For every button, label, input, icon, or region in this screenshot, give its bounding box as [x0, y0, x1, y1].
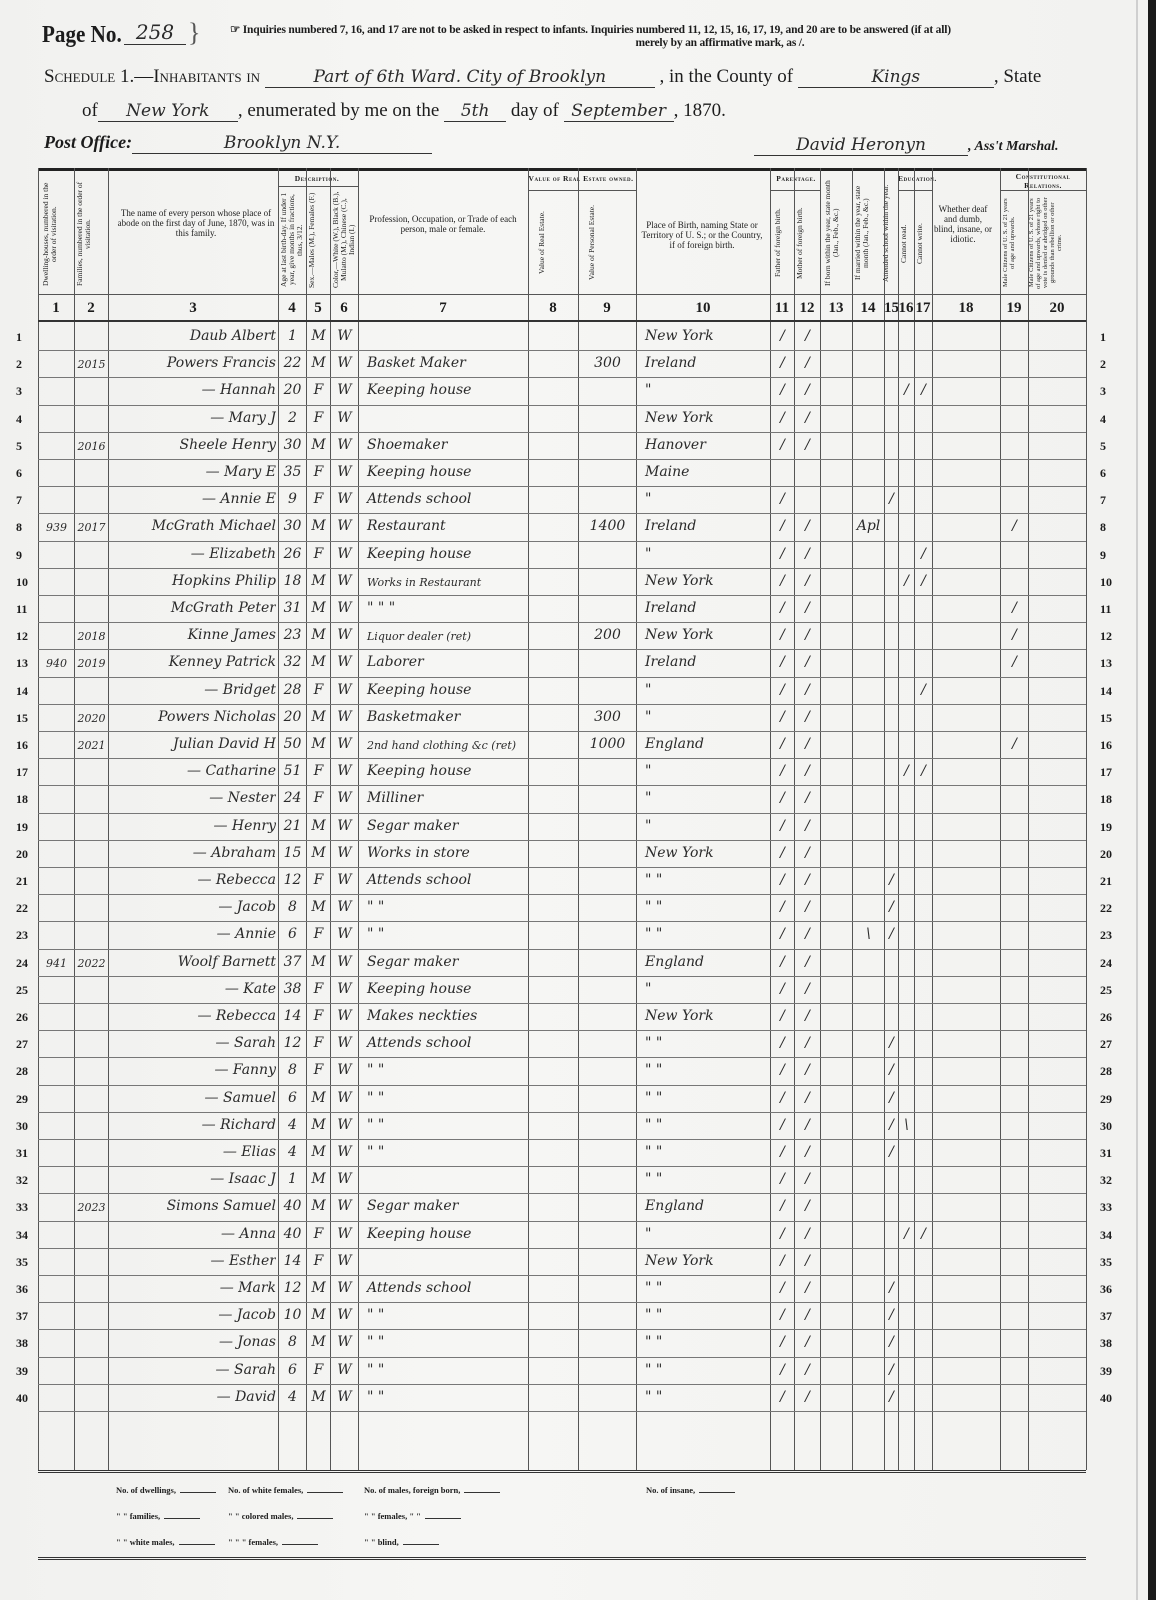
cell-name: Woolf Barnett [111, 954, 276, 970]
cell-father-foreign: / [773, 382, 792, 398]
cell-married-month: Apl [855, 518, 882, 534]
cell-school: / [887, 491, 896, 507]
line-number: 31 [1100, 1146, 1112, 1161]
table-row: — Rebecca12FWAttends school" "/// [38, 868, 1086, 895]
cell-occupation: Segar maker [361, 954, 526, 970]
cell-occupation: " " [361, 1090, 526, 1106]
cell-age: 1 [281, 1171, 304, 1187]
col-2-header: Families, numbered in the order of visit… [76, 178, 104, 290]
line-number: 5 [16, 439, 22, 454]
group-rule [770, 190, 820, 191]
of-label: of [82, 100, 98, 121]
cell-name: — Anna [111, 1226, 276, 1242]
cell-school: / [887, 872, 896, 888]
line-number: 15 [16, 711, 28, 726]
cell-occupation: " " [361, 1062, 526, 1078]
cell-school: / [887, 1035, 896, 1051]
cell-age: 4 [281, 1144, 304, 1160]
table-row: 9392017McGrath Michael30MWRestaurant1400… [38, 514, 1086, 541]
cell-school: / [887, 899, 896, 915]
cell-mother-foreign: / [797, 1008, 818, 1024]
cell-color: W [333, 654, 356, 670]
column-number: 11 [770, 296, 794, 320]
cell-mother-foreign: / [797, 1389, 818, 1405]
page-binding-edge [1148, 0, 1156, 1600]
cell-name: — Henry [111, 818, 276, 834]
line-number: 25 [1100, 983, 1112, 998]
line-number: 20 [16, 847, 28, 862]
line-number: 39 [1100, 1364, 1112, 1379]
line-number: 36 [1100, 1282, 1112, 1297]
cell-color: W [333, 736, 356, 752]
cell-birthplace: England [639, 736, 768, 752]
summary-footer: No. of dwellings, No. of white females, … [38, 1470, 1086, 1560]
footer-blind: " " blind, [364, 1537, 439, 1547]
cell-age: 26 [281, 546, 304, 562]
cell-color: W [333, 1307, 356, 1323]
table-row: Daub Albert1MWNew York// [38, 324, 1086, 351]
cell-mother-foreign: / [797, 763, 818, 779]
cell-sex: M [309, 1389, 328, 1405]
table-row: — Henry21MWSegar maker"// [38, 814, 1086, 841]
cell-family: 2019 [77, 657, 106, 670]
table-row: — Nester24FWMilliner"// [38, 786, 1086, 813]
marshal-signature: David Heronyn [754, 135, 968, 156]
cell-cannot-write: / [917, 573, 930, 589]
col-9-header: Value of Personal Estate. [588, 198, 608, 288]
cell-father-foreign: / [773, 654, 792, 670]
cell-name: — Elias [111, 1144, 276, 1160]
cell-father-foreign: / [773, 845, 792, 861]
cell-family: 2021 [77, 739, 106, 752]
cell-birthplace: " [639, 763, 768, 779]
cell-school: / [887, 1334, 896, 1350]
col-17-header: Cannot write. [916, 198, 928, 290]
line-number: 18 [1100, 792, 1112, 807]
cell-color: W [333, 790, 356, 806]
cell-age: 14 [281, 1253, 304, 1269]
description-group-header: Description. [278, 174, 356, 183]
cell-mother-foreign: / [797, 954, 818, 970]
line-number: 4 [1100, 412, 1106, 427]
line-number: 33 [1100, 1200, 1112, 1215]
cell-citizen: / [1003, 736, 1026, 752]
cell-name: Powers Francis [111, 355, 276, 371]
cell-sex: M [309, 1307, 328, 1323]
cell-color: W [333, 954, 356, 970]
col-6-header: Color,—White (W.), Black (B.), Mulatto (… [332, 190, 356, 290]
cell-citizen: / [1003, 600, 1026, 616]
state-field: New York [98, 101, 238, 122]
line-number: 21 [16, 874, 28, 889]
cell-age: 23 [281, 627, 304, 643]
cell-age: 12 [281, 1280, 304, 1296]
cell-name: — Samuel [111, 1090, 276, 1106]
column-number: 20 [1028, 296, 1086, 320]
cell-occupation: " " [361, 1117, 526, 1133]
line-number: 37 [16, 1309, 28, 1324]
footer-colored-females: " " " females, [228, 1537, 318, 1547]
cell-name: — David [111, 1389, 276, 1405]
cell-sex: M [309, 518, 328, 534]
line-number: 16 [16, 738, 28, 753]
line-number: 34 [1100, 1228, 1112, 1243]
cell-mother-foreign: / [797, 1362, 818, 1378]
cell-sex: M [309, 328, 328, 344]
cell-cannot-read: \ [901, 1117, 912, 1133]
cell-sex: M [309, 1280, 328, 1296]
cell-mother-foreign: / [797, 926, 818, 942]
footer-families: " " families, [116, 1511, 200, 1521]
cell-name: Simons Samuel [111, 1198, 276, 1214]
cell-name: — Hannah [111, 382, 276, 398]
cell-name: Kinne James [111, 627, 276, 643]
cell-birthplace: " " [639, 926, 768, 942]
cell-father-foreign: / [773, 1362, 792, 1378]
line-number: 2 [16, 357, 22, 372]
cell-father-foreign: / [773, 573, 792, 589]
cell-father-foreign: / [773, 600, 792, 616]
cell-father-foreign: / [773, 1334, 792, 1350]
cell-name: Sheele Henry [111, 437, 276, 453]
cell-occupation: Liquor dealer (ret) [361, 630, 526, 643]
cell-father-foreign: / [773, 1144, 792, 1160]
line-number: 27 [1100, 1037, 1112, 1052]
col-12-header: Mother of foreign birth. [796, 196, 814, 290]
enumeration-line: ofNew York, enumerated by me on the 5th … [82, 100, 726, 122]
year-label: , 1870. [674, 100, 726, 121]
cell-father-foreign: / [773, 518, 792, 534]
cell-color: W [333, 899, 356, 915]
cell-birthplace: " " [639, 1035, 768, 1051]
col-20-header: Male Citizens of U. S. of 21 years of ag… [1028, 196, 1078, 290]
column-number: 6 [330, 296, 358, 320]
cell-married-month: \ [855, 926, 882, 942]
cell-birthplace: " " [639, 1334, 768, 1350]
cell-sex: F [309, 1362, 328, 1378]
line-number: 23 [16, 928, 28, 943]
cell-mother-foreign: / [797, 682, 818, 698]
line-number: 11 [16, 602, 27, 617]
cell-name: — Annie E [111, 491, 276, 507]
cell-family: 2020 [77, 712, 106, 725]
table-row: 2020Powers Nicholas20MWBasketmaker300"// [38, 705, 1086, 732]
table-top-rule [38, 168, 1086, 171]
line-number: 28 [1100, 1064, 1112, 1079]
cell-occupation: " " [361, 1144, 526, 1160]
cell-birthplace: " " [639, 1144, 768, 1160]
cell-birthplace: " " [639, 872, 768, 888]
line-number: 29 [16, 1092, 28, 1107]
cell-school: / [887, 1144, 896, 1160]
column-number: 18 [932, 296, 1000, 320]
cell-name: — Jacob [111, 1307, 276, 1323]
cell-sex: F [309, 1062, 328, 1078]
cell-name: — Isaac J [111, 1171, 276, 1187]
cell-mother-foreign: / [797, 573, 818, 589]
line-number: 18 [16, 792, 28, 807]
cell-age: 30 [281, 437, 304, 453]
cell-name: — Sarah [111, 1362, 276, 1378]
cell-father-foreign: / [773, 627, 792, 643]
cell-occupation: Attends school [361, 491, 526, 507]
cell-age: 20 [281, 709, 304, 725]
cell-age: 37 [281, 954, 304, 970]
cell-name: — Sarah [111, 1035, 276, 1051]
cell-school: / [887, 1062, 896, 1078]
cell-name: — Catharine [111, 763, 276, 779]
cell-father-foreign: / [773, 1226, 792, 1242]
cell-age: 2 [281, 410, 304, 426]
footer-white-females: No. of white females, [228, 1485, 343, 1495]
cell-father-foreign: / [773, 437, 792, 453]
cell-mother-foreign: / [797, 818, 818, 834]
cell-occupation: Keeping house [361, 763, 526, 779]
cell-mother-foreign: / [797, 328, 818, 344]
cell-father-foreign: / [773, 709, 792, 725]
cell-citizen: / [1003, 518, 1026, 534]
cell-color: W [333, 1253, 356, 1269]
table-row: — Jonas8MW" "" "/// [38, 1330, 1086, 1357]
cell-mother-foreign: / [797, 437, 818, 453]
cell-cannot-write: / [917, 1226, 930, 1242]
column-number: 10 [636, 296, 770, 320]
column-number: 3 [108, 296, 278, 320]
line-number: 11 [1100, 602, 1111, 617]
cell-color: W [333, 1280, 356, 1296]
page-number-value: 258 [124, 20, 186, 45]
value-group-header: Value of Real Estate owned. [528, 174, 634, 183]
post-office-label: Post Office: [44, 132, 132, 152]
footer-females-foreign: " " females, " " [364, 1511, 461, 1521]
line-number: 4 [16, 412, 22, 427]
cell-birthplace: Hanover [639, 437, 768, 453]
column-number: 19 [1000, 296, 1028, 320]
schedule-label: Schedule 1.—Inhabitants in [44, 66, 260, 87]
day-of-label: day of [511, 100, 559, 121]
cell-birthplace: " " [639, 899, 768, 915]
cell-mother-foreign: / [797, 654, 818, 670]
cell-birthplace: England [639, 954, 768, 970]
col-14-header: If married within the year, state month … [854, 176, 876, 290]
cell-sex: M [309, 1171, 328, 1187]
col-18-header: Whether deaf and dumb, blind, insane, or… [934, 204, 992, 244]
table-row: — Esther14FWNew York// [38, 1249, 1086, 1276]
cell-name: — Jonas [111, 1334, 276, 1350]
cell-name: — Bridget [111, 682, 276, 698]
cell-age: 6 [281, 1362, 304, 1378]
table-row: — Jacob8MW" "" "/// [38, 895, 1086, 922]
col-16-header: Cannot read. [900, 198, 912, 290]
cell-name: Kenney Patrick [111, 654, 276, 670]
table-row: — Kate38FWKeeping house"// [38, 977, 1086, 1004]
cell-color: W [333, 682, 356, 698]
column-number: 7 [358, 296, 528, 320]
cell-mother-foreign: / [797, 1171, 818, 1187]
table-row: — Rebecca14FWMakes necktiesNew York// [38, 1004, 1086, 1031]
line-number: 24 [1100, 956, 1112, 971]
cell-birthplace: New York [639, 627, 768, 643]
cell-citizen: / [1003, 627, 1026, 643]
cell-age: 24 [281, 790, 304, 806]
cell-birthplace: " " [639, 1117, 768, 1133]
cell-mother-foreign: / [797, 600, 818, 616]
cell-cannot-read: / [901, 382, 912, 398]
cell-sex: M [309, 736, 328, 752]
cell-color: W [333, 1144, 356, 1160]
cell-father-foreign: / [773, 899, 792, 915]
cell-mother-foreign: / [797, 1035, 818, 1051]
cell-occupation: " " [361, 1389, 526, 1405]
line-number: 19 [16, 820, 28, 835]
cell-father-foreign: / [773, 872, 792, 888]
cell-sex: F [309, 464, 328, 480]
column-number: 9 [578, 296, 636, 320]
line-number: 8 [1100, 520, 1106, 535]
cell-birthplace: " [639, 981, 768, 997]
cell-father-foreign: / [773, 1008, 792, 1024]
cell-father-foreign: / [773, 355, 792, 371]
cell-occupation: " " [361, 1307, 526, 1323]
line-number: 1 [1100, 330, 1106, 345]
table-row: 2015Powers Francis22MWBasket Maker300Ire… [38, 351, 1086, 378]
cell-family: 2023 [77, 1201, 106, 1214]
line-number: 13 [16, 656, 28, 671]
line-number: 40 [1100, 1391, 1112, 1406]
cell-sex: M [309, 1144, 328, 1160]
cell-occupation: Laborer [361, 654, 526, 670]
cell-occupation: Keeping house [361, 981, 526, 997]
col-3-header: The name of every person whose place of … [116, 208, 276, 238]
cell-birthplace: " [639, 709, 768, 725]
cell-father-foreign: / [773, 546, 792, 562]
cell-color: W [333, 328, 356, 344]
table-row: — Catharine51FWKeeping house"//// [38, 759, 1086, 786]
cell-mother-foreign: / [797, 1307, 818, 1323]
col-5-header: Sex.—Males (M.), Females (F.) [308, 190, 328, 290]
line-number: 8 [16, 520, 22, 535]
cell-father-foreign: / [773, 763, 792, 779]
cell-sex: M [309, 709, 328, 725]
footer-colored-males: " " colored males, [228, 1511, 333, 1521]
cell-birthplace: Maine [639, 464, 768, 480]
column-number: 12 [794, 296, 820, 320]
cell-father-foreign: / [773, 790, 792, 806]
cell-age: 4 [281, 1389, 304, 1405]
line-number: 24 [16, 956, 28, 971]
cell-name: Hopkins Philip [111, 573, 276, 589]
location-field: Part of 6th Ward. City of Brooklyn [265, 67, 655, 88]
cell-school: / [887, 1389, 896, 1405]
cell-age: 8 [281, 899, 304, 915]
line-number: 5 [1100, 439, 1106, 454]
cell-mother-foreign: / [797, 518, 818, 534]
cell-age: 40 [281, 1198, 304, 1214]
column-number: 15 [884, 296, 898, 320]
cell-age: 22 [281, 355, 304, 371]
cell-father-foreign: / [773, 328, 792, 344]
table-row: 2018Kinne James23MWLiquor dealer (ret)20… [38, 623, 1086, 650]
line-number: 13 [1100, 656, 1112, 671]
cell-sex: F [309, 1226, 328, 1242]
cell-father-foreign: / [773, 736, 792, 752]
post-office-field: Brooklyn N.Y. [132, 133, 432, 154]
cell-age: 1 [281, 328, 304, 344]
cell-color: W [333, 1008, 356, 1024]
cell-father-foreign: / [773, 1307, 792, 1323]
cell-occupation: Basketmaker [361, 709, 526, 725]
line-number: 7 [16, 493, 22, 508]
cell-cannot-read: / [901, 573, 912, 589]
marshal-line: David Heronyn, Ass't Marshal. [754, 134, 1059, 156]
cell-age: 28 [281, 682, 304, 698]
table-row: — Bridget28FWKeeping house"/// [38, 678, 1086, 705]
cell-sex: M [309, 818, 328, 834]
cell-age: 40 [281, 1226, 304, 1242]
cell-color: W [333, 1389, 356, 1405]
cell-age: 4 [281, 1117, 304, 1133]
line-number: 7 [1100, 493, 1106, 508]
cell-occupation: " " [361, 1362, 526, 1378]
cell-cannot-write: / [917, 682, 930, 698]
cell-birthplace: " [639, 491, 768, 507]
line-number: 28 [16, 1064, 28, 1079]
cell-father-foreign: / [773, 1171, 792, 1187]
cell-color: W [333, 1117, 356, 1133]
line-number: 16 [1100, 738, 1112, 753]
column-number: 1 [38, 296, 74, 320]
cell-color: W [333, 437, 356, 453]
cell-age: 18 [281, 573, 304, 589]
cell-birthplace: Ireland [639, 518, 768, 534]
line-number: 25 [16, 983, 28, 998]
cell-sex: M [309, 573, 328, 589]
cell-father-foreign: / [773, 491, 792, 507]
cell-sex: M [309, 1198, 328, 1214]
line-number: 19 [1100, 820, 1112, 835]
table-row: 2023Simons Samuel40MWSegar makerEngland/… [38, 1194, 1086, 1221]
cell-age: 10 [281, 1307, 304, 1323]
line-number: 40 [16, 1391, 28, 1406]
cell-sex: M [309, 627, 328, 643]
table-row: — Richard4MW" "" "///\ [38, 1113, 1086, 1140]
marshal-label: , Ass't Marshal. [968, 139, 1059, 154]
cell-occupation: Basket Maker [361, 355, 526, 371]
line-number: 29 [1100, 1092, 1112, 1107]
cell-age: 30 [281, 518, 304, 534]
cell-name: — Nester [111, 790, 276, 806]
column-number: 17 [914, 296, 932, 320]
cell-mother-foreign: / [797, 382, 818, 398]
line-number: 6 [1100, 466, 1106, 481]
cell-birthplace: " [639, 1226, 768, 1242]
page-edge-line [1136, 0, 1138, 1600]
county-field: Kings [798, 67, 994, 88]
cell-sex: F [309, 926, 328, 942]
cell-sex: F [309, 763, 328, 779]
col-1-header: Dwelling-houses, numbered in the order o… [42, 178, 72, 290]
column-rule [1086, 168, 1087, 1470]
cell-mother-foreign: / [797, 790, 818, 806]
cell-father-foreign: / [773, 1280, 792, 1296]
line-number: 22 [1100, 901, 1112, 916]
cell-occupation: Restaurant [361, 518, 526, 534]
cell-father-foreign: / [773, 926, 792, 942]
cell-dwelling: 940 [41, 657, 72, 670]
table-row: — Elizabeth26FWKeeping house"/// [38, 542, 1086, 569]
cell-father-foreign: / [773, 1198, 792, 1214]
cell-name: — Mark [111, 1280, 276, 1296]
